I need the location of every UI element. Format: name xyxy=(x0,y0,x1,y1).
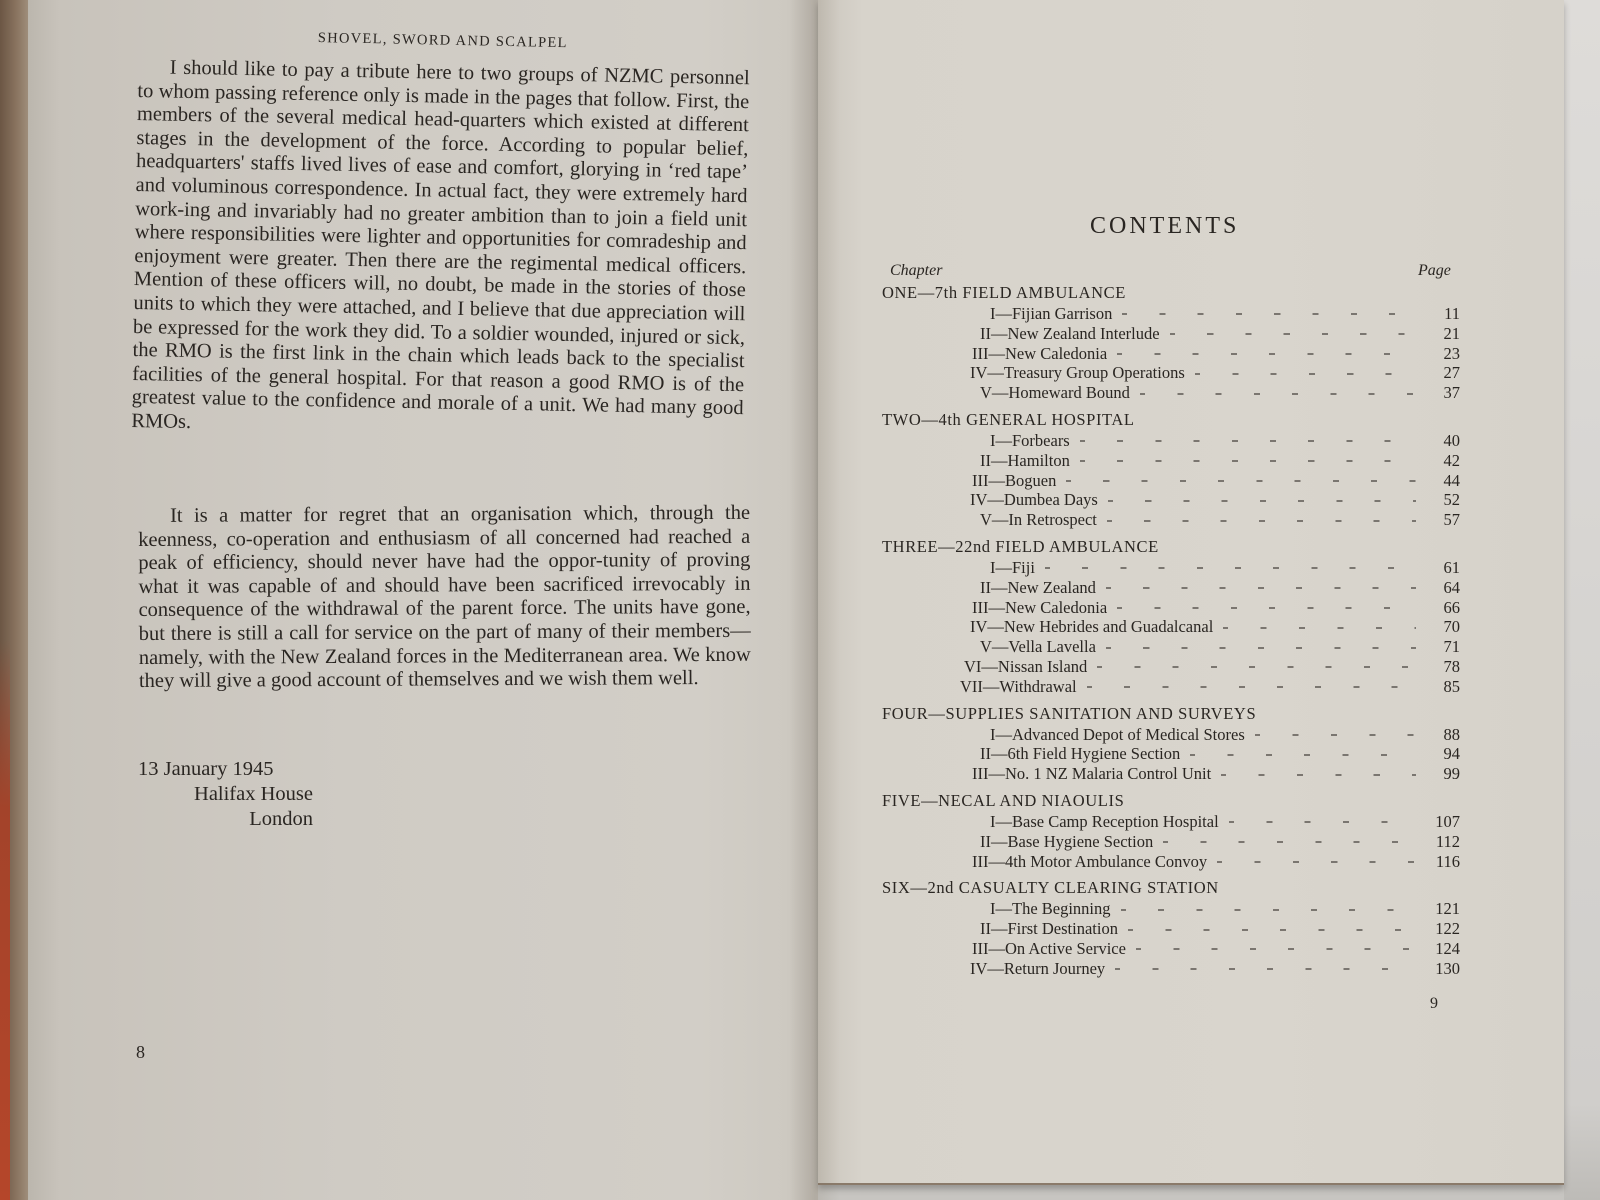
dot-leader xyxy=(1080,439,1416,442)
book-gutter xyxy=(790,0,840,1200)
toc-entry-title: III—New Caledonia xyxy=(972,598,1113,618)
page-number-left: 8 xyxy=(136,1042,145,1063)
dot-leader xyxy=(1121,908,1416,911)
dot-leader xyxy=(1190,753,1416,756)
toc-entry-page: 64 xyxy=(1426,578,1460,598)
dot-leader xyxy=(1115,967,1416,970)
toc-entry-title: I—The Beginning xyxy=(990,899,1117,919)
toc-entry: I—Base Camp Reception Hospital107 xyxy=(882,812,1460,832)
signoff-place: Halifax House xyxy=(138,782,313,807)
toc-entry: III—No. 1 NZ Malaria Control Unit99 xyxy=(882,764,1460,784)
toc-entry: IV—Return Journey130 xyxy=(882,959,1460,979)
toc-entry-title: II—Hamilton xyxy=(980,451,1076,471)
toc-entry-title: V—In Retrospect xyxy=(980,510,1103,530)
dot-leader xyxy=(1107,519,1416,522)
dot-leader xyxy=(1223,626,1416,629)
toc-entry-page: 99 xyxy=(1426,764,1460,784)
toc-entry: VII—Withdrawal85 xyxy=(882,677,1460,697)
body-text-block-2: It is a matter for regret that an organi… xyxy=(138,502,751,694)
toc-entry-title: II—Base Hygiene Section xyxy=(980,832,1159,852)
toc-entry-title: I—Fiji xyxy=(990,558,1041,578)
toc-entry: V—In Retrospect57 xyxy=(882,510,1460,530)
paragraph-tribute: I should like to pay a tribute here to t… xyxy=(131,56,750,445)
toc-entry-page: 27 xyxy=(1426,363,1460,383)
dot-leader xyxy=(1080,459,1416,462)
dot-leader xyxy=(1087,685,1416,688)
toc-entry-title: IV—Treasury Group Operations xyxy=(970,363,1191,383)
toc-entry-page: 71 xyxy=(1426,637,1460,657)
toc-entry-page: 107 xyxy=(1426,812,1460,832)
signoff-date: 13 January 1945 xyxy=(138,757,313,782)
toc-entry-page: 85 xyxy=(1426,677,1460,697)
dot-leader xyxy=(1140,392,1416,395)
toc-entry-page: 61 xyxy=(1426,558,1460,578)
toc-entry-title: II—6th Field Hygiene Section xyxy=(980,744,1186,764)
toc-entry-title: V—Homeward Bound xyxy=(980,383,1136,403)
toc-entry-page: 42 xyxy=(1426,451,1460,471)
toc-entry-page: 78 xyxy=(1426,657,1460,677)
contents-title: CONTENTS xyxy=(1090,213,1239,240)
toc-entry-page: 124 xyxy=(1426,939,1460,959)
toc-entry: II—Hamilton42 xyxy=(882,451,1460,471)
toc-entry-title: II—New Zealand xyxy=(980,578,1102,598)
toc-chapter-heading: FIVE—NECAL AND NIAOULIS xyxy=(882,790,1460,812)
dot-leader xyxy=(1097,665,1416,668)
dot-leader xyxy=(1217,860,1416,863)
toc-entry-title: IV—New Hebrides and Guadalcanal xyxy=(970,617,1219,637)
toc-entry-page: 122 xyxy=(1426,919,1460,939)
toc-entry: VI—Nissan Island78 xyxy=(882,657,1460,677)
dot-leader xyxy=(1195,372,1416,375)
dot-leader xyxy=(1045,566,1416,569)
dot-leader xyxy=(1108,499,1416,502)
dot-leader xyxy=(1136,947,1416,950)
toc-entry: IV—Dumbea Days52 xyxy=(882,490,1460,510)
toc-entry-page: 37 xyxy=(1426,383,1460,403)
toc-entry-title: II—New Zealand Interlude xyxy=(980,324,1166,344)
dot-leader xyxy=(1255,733,1416,736)
dot-leader xyxy=(1221,773,1416,776)
toc-entry: I—Fijian Garrison11 xyxy=(882,304,1460,324)
toc-entry: II—New Zealand Interlude21 xyxy=(882,324,1460,344)
dot-leader xyxy=(1117,352,1416,355)
dot-leader xyxy=(1229,820,1416,823)
toc-chapter-heading: TWO—4th GENERAL HOSPITAL xyxy=(882,409,1460,431)
toc-entry: III—Boguen44 xyxy=(882,471,1460,491)
toc-entry: I—Advanced Depot of Medical Stores88 xyxy=(882,725,1460,745)
table-of-contents: ONE—7th FIELD AMBULANCEI—Fijian Garrison… xyxy=(882,282,1460,979)
toc-entry-page: 40 xyxy=(1426,431,1460,451)
toc-entry-page: 11 xyxy=(1426,304,1460,324)
toc-chapter-heading: FOUR—SUPPLIES SANITATION AND SURVEYS xyxy=(882,703,1460,725)
dot-leader xyxy=(1163,840,1416,843)
toc-entry-title: II—First Destination xyxy=(980,919,1124,939)
toc-entry-page: 66 xyxy=(1426,598,1460,618)
toc-entry-title: VI—Nissan Island xyxy=(964,657,1093,677)
toc-entry-title: V—Vella Lavella xyxy=(980,637,1102,657)
dot-leader xyxy=(1106,646,1416,649)
signoff-city: London xyxy=(138,807,313,832)
toc-chapter-heading: THREE—22nd FIELD AMBULANCE xyxy=(882,536,1460,558)
body-text-block-1: I should like to pay a tribute here to t… xyxy=(131,56,750,445)
toc-entry-page: 21 xyxy=(1426,324,1460,344)
toc-chapter-heading: ONE—7th FIELD AMBULANCE xyxy=(882,282,1460,304)
dot-leader xyxy=(1117,606,1416,609)
toc-entry-title: I—Fijian Garrison xyxy=(990,304,1118,324)
toc-entry: III—New Caledonia23 xyxy=(882,344,1460,364)
paragraph-regret: It is a matter for regret that an organi… xyxy=(138,502,751,694)
toc-entry: II—First Destination122 xyxy=(882,919,1460,939)
cover-cloth-red xyxy=(0,640,10,1200)
toc-entry: I—Forbears40 xyxy=(882,431,1460,451)
toc-entry: IV—New Hebrides and Guadalcanal70 xyxy=(882,617,1460,637)
toc-entry-title: III—Boguen xyxy=(972,471,1062,491)
toc-entry-page: 88 xyxy=(1426,725,1460,745)
dot-leader xyxy=(1106,586,1416,589)
toc-chapter-heading: SIX—2nd CASUALTY CLEARING STATION xyxy=(882,877,1460,899)
toc-entry-title: III—New Caledonia xyxy=(972,344,1113,364)
toc-entry: III—4th Motor Ambulance Convoy116 xyxy=(882,852,1460,872)
background-surface xyxy=(1564,0,1600,1200)
toc-entry: III—New Caledonia66 xyxy=(882,598,1460,618)
page-number-right: 9 xyxy=(1430,995,1438,1013)
toc-entry-page: 44 xyxy=(1426,471,1460,491)
toc-entry-title: I—Base Camp Reception Hospital xyxy=(990,812,1225,832)
toc-entry: III—On Active Service124 xyxy=(882,939,1460,959)
toc-entry-page: 130 xyxy=(1426,959,1460,979)
toc-entry-title: III—No. 1 NZ Malaria Control Unit xyxy=(972,764,1217,784)
dot-leader xyxy=(1066,479,1416,482)
toc-entry-page: 121 xyxy=(1426,899,1460,919)
toc-entry-page: 52 xyxy=(1426,490,1460,510)
toc-entry-page: 94 xyxy=(1426,744,1460,764)
dot-leader xyxy=(1128,928,1416,931)
toc-entry: II—Base Hygiene Section112 xyxy=(882,832,1460,852)
signoff: 13 January 1945 Halifax House London xyxy=(138,757,313,832)
toc-entry-title: IV—Dumbea Days xyxy=(970,490,1104,510)
toc-entry-page: 112 xyxy=(1426,832,1460,852)
toc-entry-title: VII—Withdrawal xyxy=(960,677,1083,697)
toc-entry-title: I—Advanced Depot of Medical Stores xyxy=(990,725,1251,745)
toc-entry-page: 70 xyxy=(1426,617,1460,637)
column-header-page: Page xyxy=(1418,262,1451,280)
toc-entry: II—6th Field Hygiene Section94 xyxy=(882,744,1460,764)
toc-entry-page: 23 xyxy=(1426,344,1460,364)
toc-entry: V—Vella Lavella71 xyxy=(882,637,1460,657)
toc-entry: II—New Zealand64 xyxy=(882,578,1460,598)
column-header-chapter: Chapter xyxy=(890,262,942,280)
dot-leader xyxy=(1170,332,1416,335)
toc-entry-title: III—On Active Service xyxy=(972,939,1132,959)
toc-entry-title: III—4th Motor Ambulance Convoy xyxy=(972,852,1213,872)
toc-entry-page: 116 xyxy=(1426,852,1460,872)
toc-entry-title: I—Forbears xyxy=(990,431,1076,451)
toc-entry-page: 57 xyxy=(1426,510,1460,530)
toc-entry: I—The Beginning121 xyxy=(882,899,1460,919)
toc-entry: I—Fiji61 xyxy=(882,558,1460,578)
toc-entry-title: IV—Return Journey xyxy=(970,959,1111,979)
toc-entry: V—Homeward Bound37 xyxy=(882,383,1460,403)
dot-leader xyxy=(1122,312,1416,315)
toc-entry: IV—Treasury Group Operations27 xyxy=(882,363,1460,383)
